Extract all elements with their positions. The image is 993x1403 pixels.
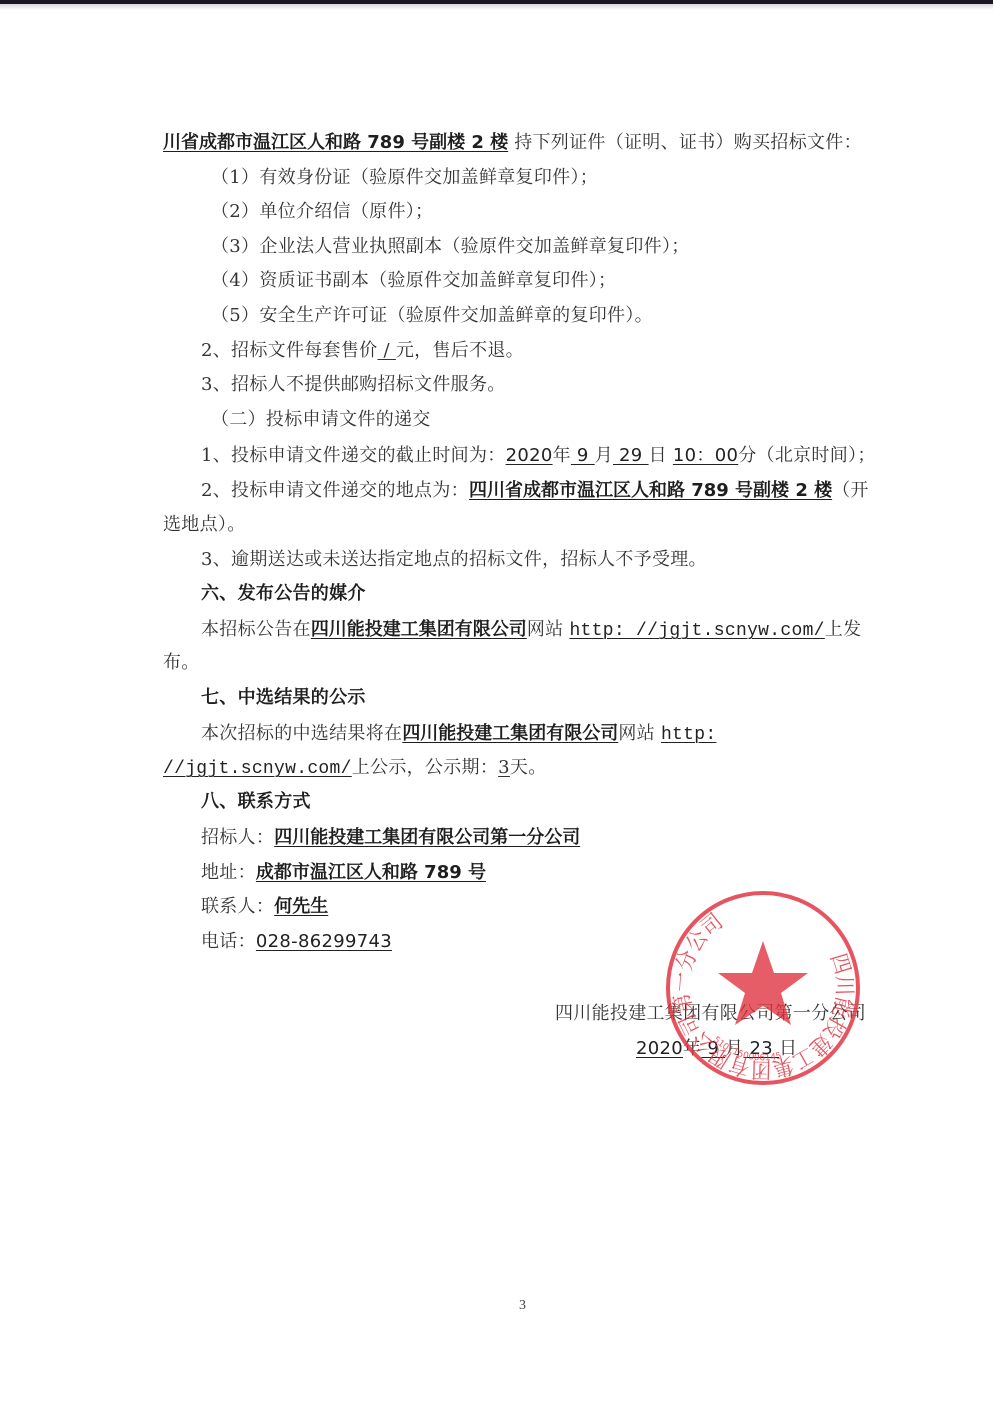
deadline-year: 2020 xyxy=(506,445,553,466)
month-unit: 月 xyxy=(725,1038,743,1059)
section7-site-word: 网站 xyxy=(618,723,661,744)
page-number: 3 xyxy=(519,1298,526,1314)
period-unit: 天。 xyxy=(510,757,547,778)
section7-url-link-part2[interactable]: //jgjt.scnyw.com/ xyxy=(163,759,352,779)
location-suffix: （开 xyxy=(832,480,869,501)
section6-prefix: 本招标公告在 xyxy=(201,619,311,640)
contact-label: 招标人： xyxy=(201,827,274,848)
document-item-1: （1）有效身份证（验原件交加盖鲜章复印件）； xyxy=(211,166,598,190)
deadline-prefix: 1、投标申请文件递交的截止时间为： xyxy=(201,445,506,466)
year-unit: 年 xyxy=(553,445,571,466)
deadline-time: 10：00 xyxy=(673,445,738,466)
contact-tenderer: 招标人：四川能投建工集团有限公司第一分公司 xyxy=(201,826,580,850)
section6-heading: 六、发布公告的媒介 xyxy=(201,582,366,606)
document-item-2: （2）单位介绍信（原件）； xyxy=(211,200,433,224)
signature-day: 23 xyxy=(743,1038,779,1059)
signature-date: 2020年 9 月 23 日 xyxy=(636,1037,797,1061)
section6-company: 四川能投建工集团有限公司 xyxy=(311,619,527,640)
section6-site-word: 网站 xyxy=(527,619,570,640)
submission-heading: （二）投标申请文件的递交 xyxy=(211,408,431,432)
section7-text: 本次招标的中选结果将在四川能投建工集团有限公司网站 http: xyxy=(201,722,716,747)
day-unit: 日 xyxy=(649,445,667,466)
section7-suffix: 上公示，公示期： xyxy=(352,757,498,778)
contact-value: 四川能投建工集团有限公司第一分公司 xyxy=(274,827,580,848)
price-line: 2、招标文件每套售价 / 元，售后不退。 xyxy=(201,339,524,363)
contact-person: 联系人：何先生 xyxy=(201,895,328,919)
document-item-4: （4）资质证书副本（验原件交加盖鲜章复印件）； xyxy=(211,269,616,293)
contact-value: 成都市温江区人和路 789 号 xyxy=(256,862,486,883)
location-prefix: 2、投标申请文件递交的地点为： xyxy=(201,480,469,501)
location-value: 四川省成都市温江区人和路 789 号副楼 2 楼 xyxy=(469,480,832,501)
contact-label: 地址： xyxy=(201,862,256,883)
late-notice: 3、逾期送达或未送达指定地点的招标文件，招标人不予受理。 xyxy=(201,548,707,572)
signature-company: 四川能投建工集团有限公司第一分公司 xyxy=(555,1002,866,1026)
section6-url-link[interactable]: http: //jgjt.scnyw.com/ xyxy=(569,621,824,641)
price-value: / xyxy=(377,340,395,361)
section7-heading: 七、中选结果的公示 xyxy=(201,686,366,710)
no-mail-line: 3、招标人不提供邮购招标文件服务。 xyxy=(201,373,506,397)
contact-value: 何先生 xyxy=(274,896,328,917)
contact-label: 联系人： xyxy=(201,896,274,917)
section6-suffix: 上发 xyxy=(825,619,862,640)
month-unit: 月 xyxy=(595,445,613,466)
deadline-suffix: 分（北京时间）； xyxy=(738,445,875,466)
deadline-day: 29 xyxy=(613,445,649,466)
section7-url-link-part1[interactable]: http: xyxy=(661,725,717,745)
purchase-address: 川省成都市温江区人和路 789 号副楼 2 楼 xyxy=(163,132,508,153)
scan-shadow xyxy=(0,4,993,10)
year-unit: 年 xyxy=(683,1038,701,1059)
publicity-period: 3 xyxy=(498,757,510,778)
document-item-5: （5）安全生产许可证（验原件交加盖鲜章的复印件）。 xyxy=(211,304,653,328)
signature-year: 2020 xyxy=(636,1038,683,1059)
section7-text-wrap: //jgjt.scnyw.com/上公示，公示期：3天。 xyxy=(163,756,547,781)
section8-heading: 八、联系方式 xyxy=(201,790,311,814)
contact-address: 地址：成都市温江区人和路 789 号 xyxy=(201,861,486,885)
purchase-address-line: 川省成都市温江区人和路 789 号副楼 2 楼 持下列证件（证明、证书）购买招标… xyxy=(163,131,862,155)
section6-text: 本招标公告在四川能投建工集团有限公司网站 http: //jgjt.scnyw.… xyxy=(201,618,861,643)
location-line: 2、投标申请文件递交的地点为：四川省成都市温江区人和路 789 号副楼 2 楼（… xyxy=(201,479,869,503)
location-line-wrap: 选地点）。 xyxy=(163,513,246,537)
contact-value: 028-86299743 xyxy=(256,931,392,952)
price-prefix: 2、招标文件每套售价 xyxy=(201,340,377,361)
contact-label: 电话： xyxy=(201,931,256,952)
section7-prefix: 本次招标的中选结果将在 xyxy=(201,723,402,744)
day-unit: 日 xyxy=(779,1038,797,1059)
signature-month: 9 xyxy=(701,1038,725,1059)
section7-company: 四川能投建工集团有限公司 xyxy=(402,723,618,744)
document-item-3: （3）企业法人营业执照副本（验原件交加盖鲜章复印件）； xyxy=(211,235,690,259)
deadline-month: 9 xyxy=(571,445,595,466)
deadline-line: 1、投标申请文件递交的截止时间为：2020年 9 月 29 日 10：00分（北… xyxy=(201,444,876,468)
price-suffix: 元，售后不退。 xyxy=(396,340,524,361)
contact-phone: 电话：028-86299743 xyxy=(201,930,392,954)
purchase-lead-text: 持下列证件（证明、证书）购买招标文件： xyxy=(508,132,862,153)
section6-text-wrap: 布。 xyxy=(163,651,200,675)
